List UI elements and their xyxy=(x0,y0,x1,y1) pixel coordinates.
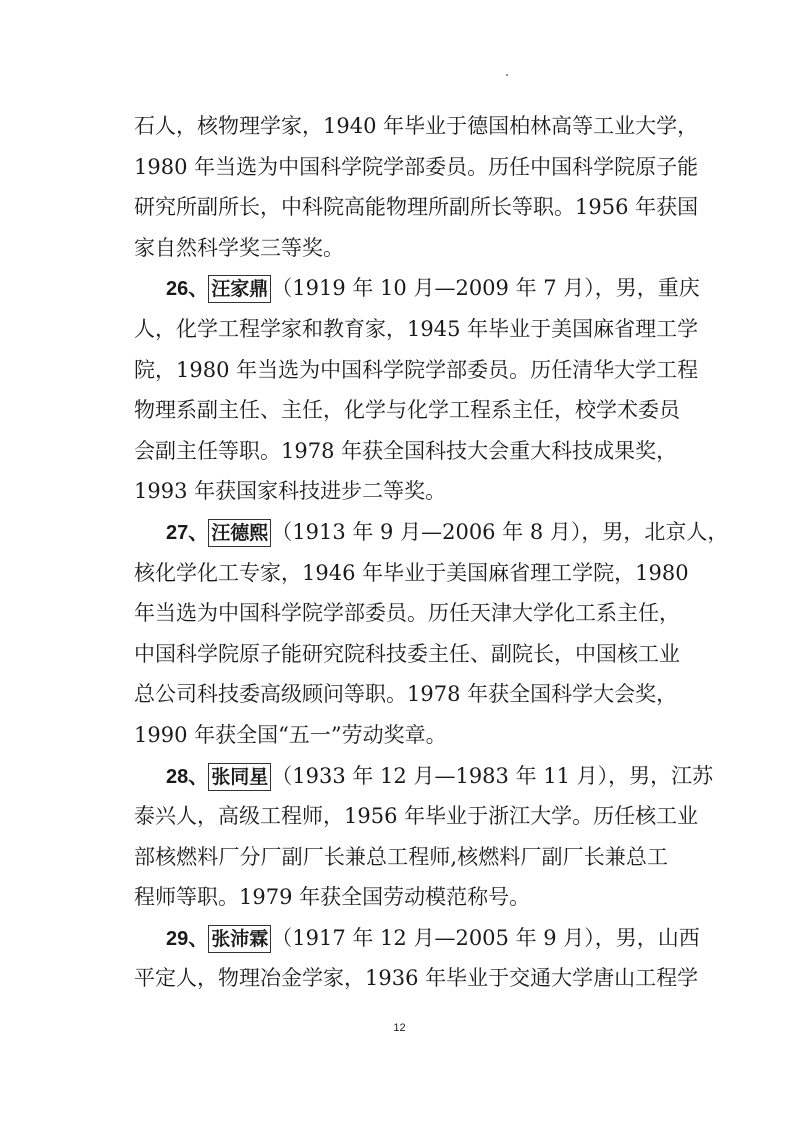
person-name-box: 汪家鼎 xyxy=(208,275,271,303)
text-line: 程师等职。1979 年获全国劳动模范称号。 xyxy=(134,877,668,918)
document-page: 石人，核物理学家，1940 年毕业于德国柏林高等工业大学， 1980 年当选为中… xyxy=(134,106,668,999)
person-name-box: 张沛霖 xyxy=(208,925,271,953)
entry-number: 26、 xyxy=(166,278,208,300)
text-line: 院，1980 年当选为中国科学院学部委员。历任清华大学工程 xyxy=(134,350,668,391)
text-line: 1990 年获全国“五一”劳动奖章。 xyxy=(134,715,668,756)
text-line: 核化学化工专家，1946 年毕业于美国麻省理工学院，1980 xyxy=(134,553,668,594)
page-number: 12 xyxy=(0,1022,799,1034)
text-line: 家自然科学奖三等奖。 xyxy=(134,228,668,269)
text-line: 年当选为中国科学院学部委员。历任天津大学化工系主任， xyxy=(134,593,668,634)
text-line: 部核燃料厂分厂副厂长兼总工程师,核燃料厂副厂长兼总工 xyxy=(134,837,668,878)
person-name-box: 张同星 xyxy=(208,763,271,791)
entry-dates: （1913 年 9 月—2006 年 8 月），男，北京人， xyxy=(271,520,728,544)
text-line: 中国科学院原子能研究院科技委主任、副院长，中国核工业 xyxy=(134,634,668,675)
scan-artifact-dot xyxy=(506,74,508,76)
text-line: 1980 年当选为中国科学院学部委员。历任中国科学院原子能 xyxy=(134,147,668,188)
entry-heading-line: 27、汪德熙（1913 年 9 月—2006 年 8 月），男，北京人， xyxy=(134,512,668,553)
entry-29: 29、张沛霖（1917 年 12 月—2005 年 9 月），男，山西 平定人，… xyxy=(134,918,668,999)
entry-dates: （1933 年 12 月—1983 年 11 月），男，江苏 xyxy=(271,764,713,788)
entry-number: 29、 xyxy=(166,928,208,950)
text-line: 泰兴人，高级工程师，1956 年毕业于浙江大学。历任核工业 xyxy=(134,796,668,837)
text-line: 1993 年获国家科技进步二等奖。 xyxy=(134,471,668,512)
entry-number: 28、 xyxy=(166,766,208,788)
entry-heading-line: 28、张同星（1933 年 12 月—1983 年 11 月），男，江苏 xyxy=(134,756,668,797)
text-line: 人，化学工程学家和教育家，1945 年毕业于美国麻省理工学 xyxy=(134,309,668,350)
text-line: 石人，核物理学家，1940 年毕业于德国柏林高等工业大学， xyxy=(134,106,668,147)
entry-dates: （1917 年 12 月—2005 年 9 月），男，山西 xyxy=(271,926,700,950)
entry-28: 28、张同星（1933 年 12 月—1983 年 11 月），男，江苏 泰兴人… xyxy=(134,756,668,918)
text-line: 总公司科技委高级顾问等职。1978 年获全国科学大会奖， xyxy=(134,674,668,715)
text-line: 平定人，物理冶金学家，1936 年毕业于交通大学唐山工程学 xyxy=(134,958,668,999)
person-name-box: 汪德熙 xyxy=(208,519,271,547)
text-line: 研究所副所长，中科院高能物理所副所长等职。1956 年获国 xyxy=(134,187,668,228)
entry-27: 27、汪德熙（1913 年 9 月—2006 年 8 月），男，北京人， 核化学… xyxy=(134,512,668,756)
text-line: 物理系副主任、主任，化学与化学工程系主任，校学术委员 xyxy=(134,390,668,431)
intro-paragraph: 石人，核物理学家，1940 年毕业于德国柏林高等工业大学， 1980 年当选为中… xyxy=(134,106,668,268)
entry-dates: （1919 年 10 月—2009 年 7 月），男，重庆 xyxy=(271,276,700,300)
entry-heading-line: 29、张沛霖（1917 年 12 月—2005 年 9 月），男，山西 xyxy=(134,918,668,959)
text-line: 会副主任等职。1978 年获全国科技大会重大科技成果奖， xyxy=(134,431,668,472)
entry-heading-line: 26、汪家鼎（1919 年 10 月—2009 年 7 月），男，重庆 xyxy=(134,268,668,309)
entry-number: 27、 xyxy=(166,522,208,544)
entry-26: 26、汪家鼎（1919 年 10 月—2009 年 7 月），男，重庆 人，化学… xyxy=(134,268,668,512)
